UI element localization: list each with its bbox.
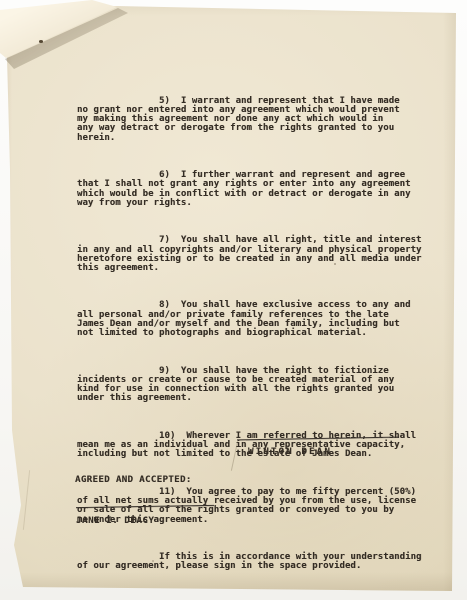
photo-backdrop: 5) I warrant and represent that I have m… [0,0,467,600]
paper-crease [23,470,30,530]
paper-speck [39,40,43,43]
clause-7: 7) You shall have all right, title and i… [77,236,437,273]
signatory-name-winton: WINTON DEAN [248,446,332,457]
signatory-name-deacy: JANE I. DEACY [76,515,154,526]
acceptance-label: AGREED AND ACCEPTED: [75,474,192,485]
clause-9: 9) You shall have the right to fictioniz… [77,367,437,404]
clause-5: 5) I warrant and represent that I have m… [77,97,437,143]
closing-paragraph: If this is in accordance with your under… [77,553,437,572]
contract-page: 5) I warrant and represent that I have m… [0,0,467,600]
clause-8: 8) You shall have exclusive access to an… [77,301,437,338]
paper-speck [334,263,336,265]
clause-6: 6) I further warrant and represent and a… [77,171,437,208]
paper-speck [152,560,154,562]
